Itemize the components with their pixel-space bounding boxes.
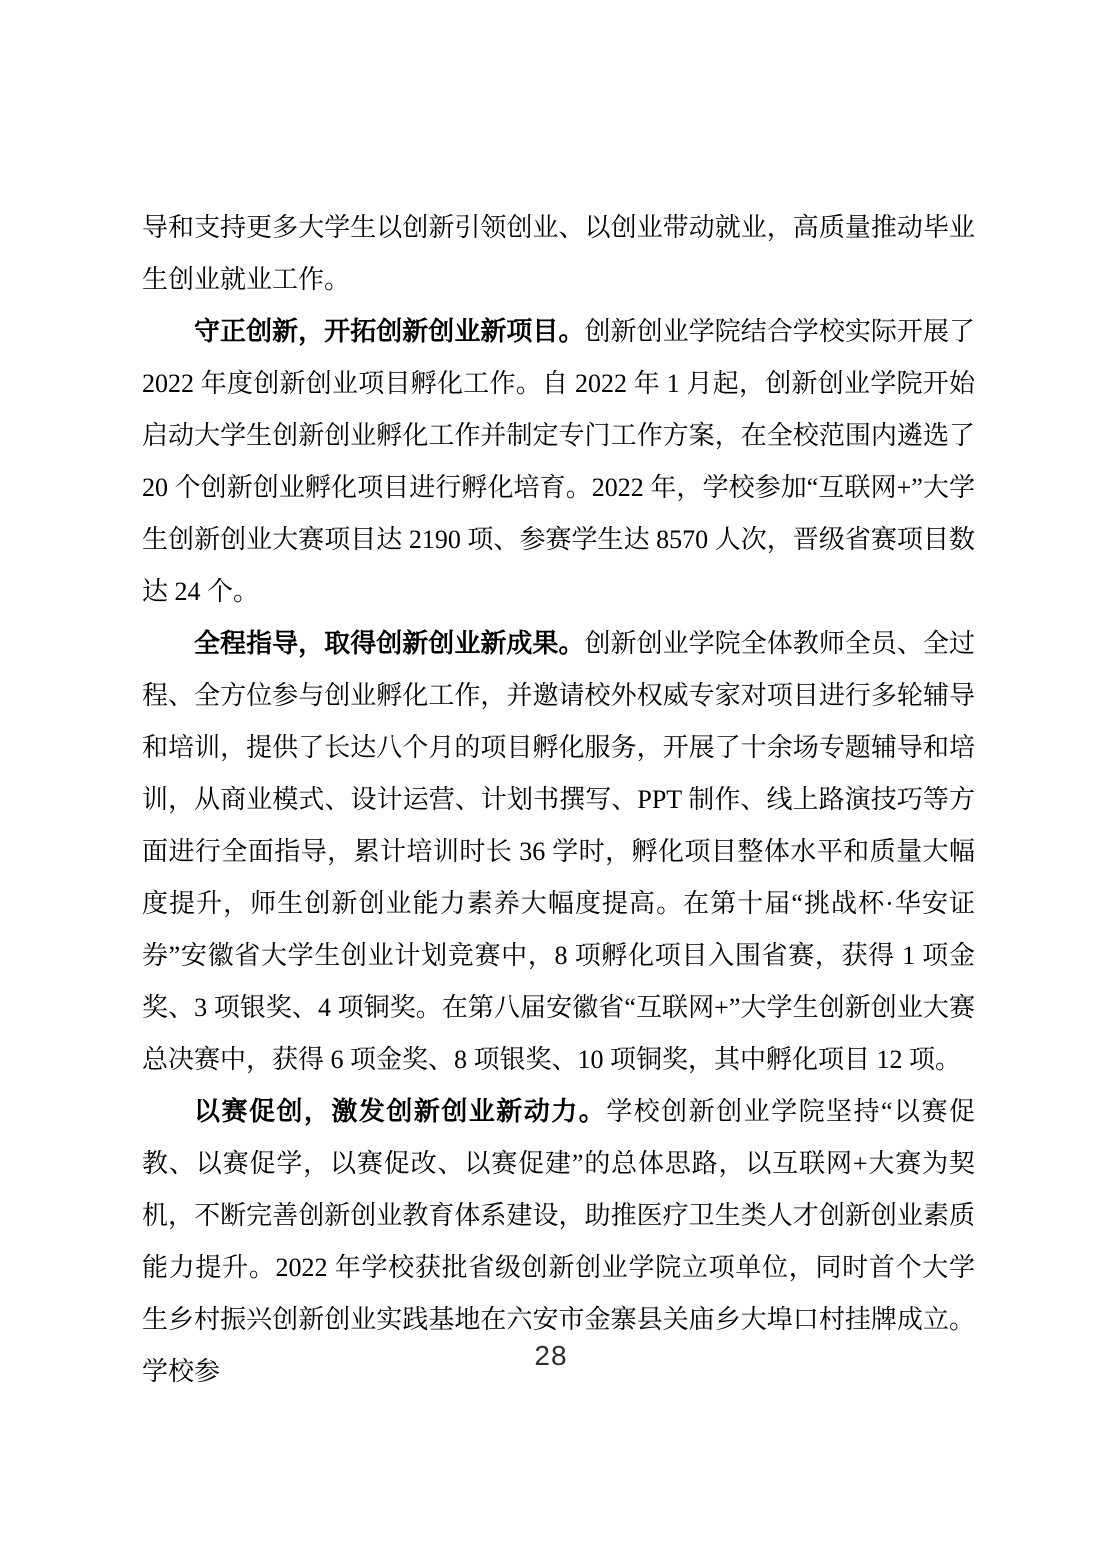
page-number: 28 (534, 1340, 567, 1371)
page-footer: 28 (0, 1340, 1102, 1372)
document-page: 导和支持更多大学生以创新引领创业、以创业带动就业，高质量推动毕业生创业就业工作。… (0, 0, 1102, 1559)
paragraph-text: 创新创业学院全体教师全员、全过程、全方位参与创业孵化工作，并邀请校外权威专家对项… (142, 629, 975, 1074)
paragraph-lead: 守正创新，开拓创新创业新项目。 (194, 317, 585, 346)
paragraph-continuation: 导和支持更多大学生以创新引领创业、以创业带动就业，高质量推动毕业生创业就业工作。 (142, 202, 975, 306)
page-body: 导和支持更多大学生以创新引领创业、以创业带动就业，高质量推动毕业生创业就业工作。… (142, 202, 975, 1398)
paragraph-text: 创新创业学院结合学校实际开展了 2022 年度创新创业项目孵化工作。自 2022… (142, 317, 975, 606)
paragraph-lead: 全程指导，取得创新创业新成果。 (194, 629, 585, 658)
paragraph-project-incubation: 守正创新，开拓创新创业新项目。创新创业学院结合学校实际开展了 2022 年度创新… (142, 306, 975, 618)
paragraph-lead: 以赛促创，激发创新创业新动力。 (194, 1097, 606, 1126)
paragraph-text: 导和支持更多大学生以创新引领创业、以创业带动就业，高质量推动毕业生创业就业工作。 (142, 213, 975, 294)
paragraph-guidance-results: 全程指导，取得创新创业新成果。创新创业学院全体教师全员、全过程、全方位参与创业孵… (142, 618, 975, 1086)
